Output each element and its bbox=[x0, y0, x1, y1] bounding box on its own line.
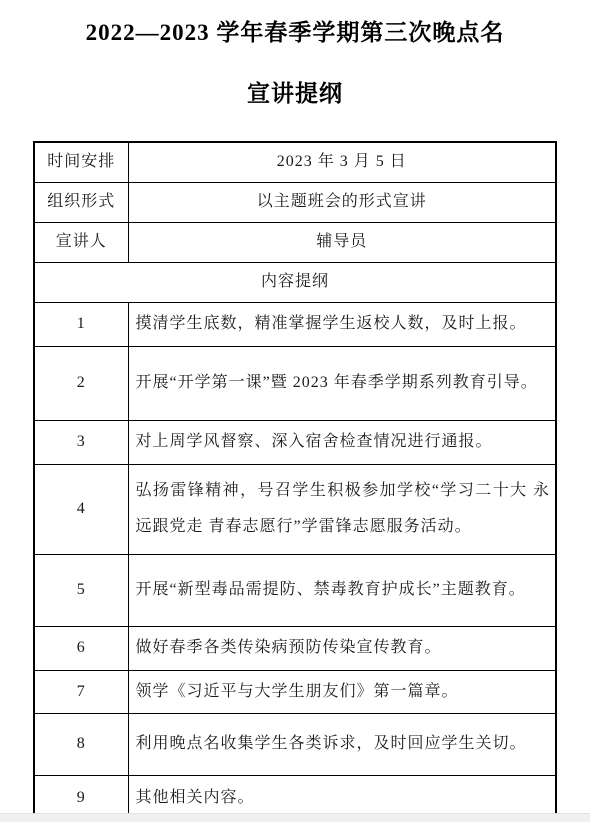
info-value-time: 2023 年 3 月 5 日 bbox=[128, 142, 556, 182]
info-label-speaker: 宣讲人 bbox=[34, 222, 128, 262]
row-number: 1 bbox=[34, 302, 128, 346]
section-header-row: 内容提纲 bbox=[34, 262, 556, 302]
row-number: 3 bbox=[34, 420, 128, 464]
row-number: 4 bbox=[34, 464, 128, 554]
row-text: 摸清学生底数，精准掌握学生返校人数，及时上报。 bbox=[128, 302, 556, 346]
row-text: 开展“新型毒品需提防、禁毒教育护成长”主题教育。 bbox=[128, 554, 556, 626]
table-row: 7 领学《习近平与大学生朋友们》第一篇章。 bbox=[34, 670, 556, 713]
info-row-time: 时间安排 2023 年 3 月 5 日 bbox=[34, 142, 556, 182]
row-text: 领学《习近平与大学生朋友们》第一篇章。 bbox=[128, 670, 556, 713]
table-row: 5 开展“新型毒品需提防、禁毒教育护成长”主题教育。 bbox=[34, 554, 556, 626]
row-number: 2 bbox=[34, 346, 128, 420]
info-row-format: 组织形式 以主题班会的形式宣讲 bbox=[34, 182, 556, 222]
info-value-speaker: 辅导员 bbox=[128, 222, 556, 262]
document-title-line1: 2022—2023 学年春季学期第三次晚点名 bbox=[0, 14, 590, 47]
info-row-speaker: 宣讲人 辅导员 bbox=[34, 222, 556, 262]
row-text: 做好春季各类传染病预防传染宣传教育。 bbox=[128, 626, 556, 670]
table-row: 2 开展“开学第一课”暨 2023 年春季学期系列教育引导。 bbox=[34, 346, 556, 420]
outline-table: 时间安排 2023 年 3 月 5 日 组织形式 以主题班会的形式宣讲 宣讲人 … bbox=[33, 141, 557, 822]
table-row: 6 做好春季各类传染病预防传染宣传教育。 bbox=[34, 626, 556, 670]
row-number: 6 bbox=[34, 626, 128, 670]
document-title-line2: 宣讲提纲 bbox=[0, 75, 590, 108]
page-bottom-edge bbox=[0, 813, 590, 822]
section-header: 内容提纲 bbox=[34, 262, 556, 302]
row-text: 开展“开学第一课”暨 2023 年春季学期系列教育引导。 bbox=[128, 346, 556, 420]
row-text: 利用晚点名收集学生各类诉求，及时回应学生关切。 bbox=[128, 713, 556, 775]
document-title: 2022—2023 学年春季学期第三次晚点名 宣讲提纲 bbox=[0, 14, 590, 108]
info-label-time: 时间安排 bbox=[34, 142, 128, 182]
row-text: 弘扬雷锋精神，号召学生积极参加学校“学习二十大 永远跟党走 青春志愿行”学雷锋志… bbox=[128, 464, 556, 554]
table-row: 4 弘扬雷锋精神，号召学生积极参加学校“学习二十大 永远跟党走 青春志愿行”学雷… bbox=[34, 464, 556, 554]
table-row: 1 摸清学生底数，精准掌握学生返校人数，及时上报。 bbox=[34, 302, 556, 346]
row-text: 对上周学风督察、深入宿舍检查情况进行通报。 bbox=[128, 420, 556, 464]
row-number: 7 bbox=[34, 670, 128, 713]
info-value-format: 以主题班会的形式宣讲 bbox=[128, 182, 556, 222]
table-row: 8 利用晚点名收集学生各类诉求，及时回应学生关切。 bbox=[34, 713, 556, 775]
row-number: 5 bbox=[34, 554, 128, 626]
table-row: 3 对上周学风督察、深入宿舍检查情况进行通报。 bbox=[34, 420, 556, 464]
row-number: 8 bbox=[34, 713, 128, 775]
info-label-format: 组织形式 bbox=[34, 182, 128, 222]
